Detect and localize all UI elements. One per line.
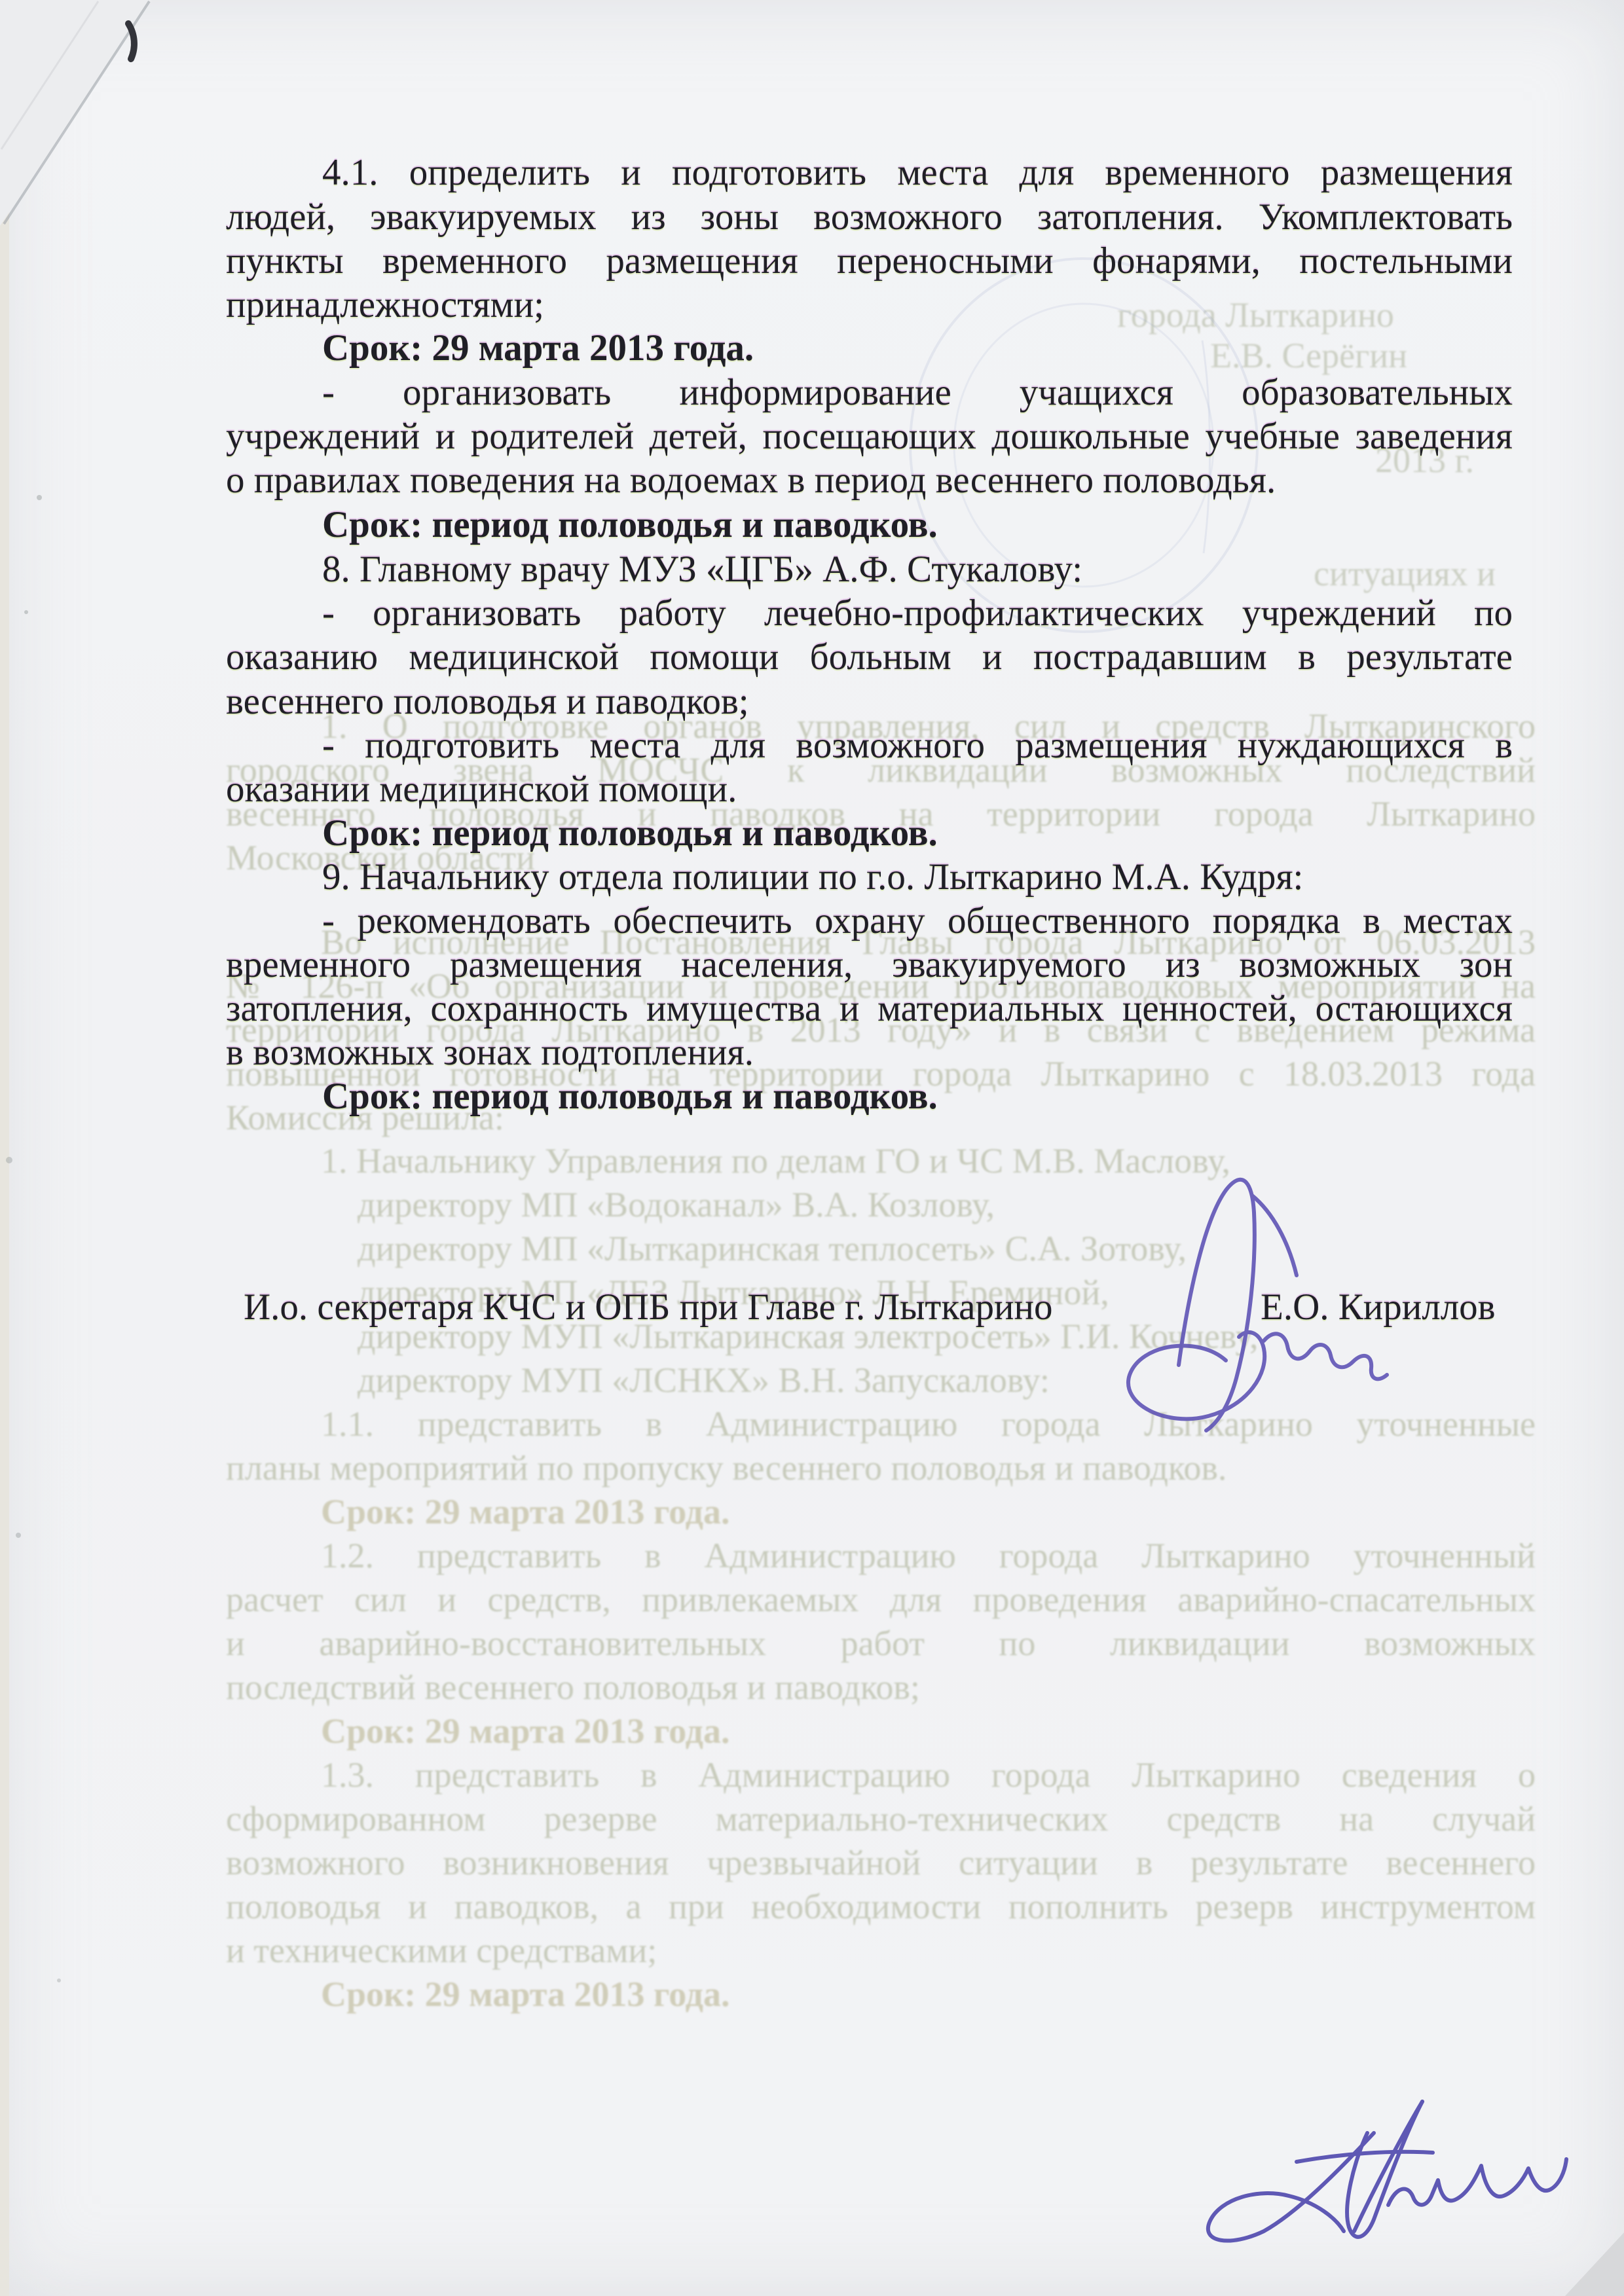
fold-crease-line-2 bbox=[1, 1, 98, 149]
staple-mark bbox=[128, 24, 134, 59]
paper-speck bbox=[6, 1157, 12, 1163]
paper-speck bbox=[57, 1978, 61, 1982]
paper-speck bbox=[24, 610, 28, 614]
corner-shade bbox=[1565, 2232, 1624, 2296]
decor-layer bbox=[0, 0, 1624, 2296]
paper-speck bbox=[16, 1533, 21, 1538]
scanned-page: города Лыткарино Е.В. Серёгин 2013 г. си… bbox=[0, 0, 1624, 2296]
paper-speck bbox=[37, 495, 42, 500]
bottom-signature bbox=[1208, 2102, 1566, 2241]
kirillov-signature bbox=[1128, 1180, 1387, 1430]
